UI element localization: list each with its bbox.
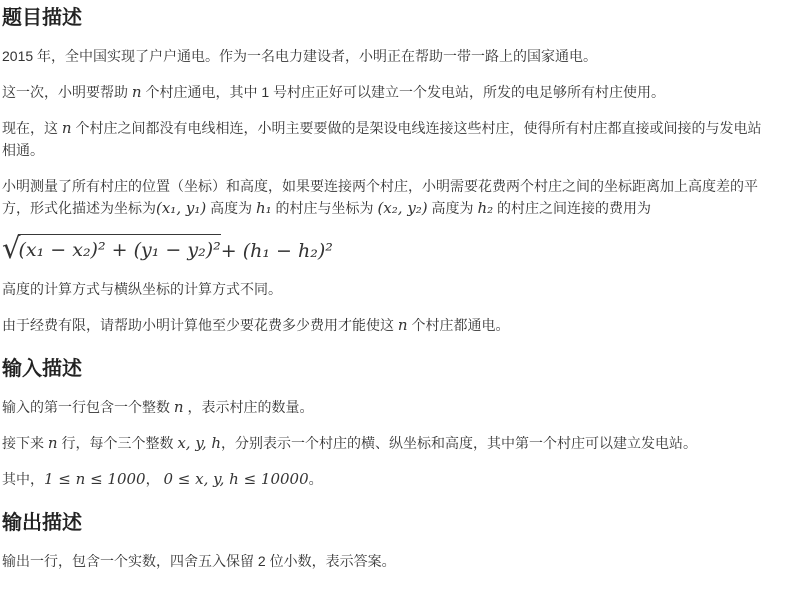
text-run: 输入的第一行包含一个整数 [2,399,174,415]
inline-math: n [48,434,58,452]
text-run: 高度的计算方式与横纵坐标的计算方式不同。 [2,281,282,297]
inline-math: h₁ [256,199,272,217]
input-paragraph-1: 输入的第一行包含一个整数 n ，表示村庄的数量。 [2,396,770,418]
text-run: 由于经费有限，请帮助小明计算他至少要花费多少费用才能使这 [2,317,398,333]
description-paragraph-2: 这一次，小明要帮助 n 个村庄通电，其中 1 号村庄正好可以建立一个发电站，所发… [2,81,770,103]
text-run: 的村庄之间连接的费用为 [493,200,651,216]
section-problem-description: 题目描述 2015 年，全中国实现了户户通电。作为一名电力建设者，小明正在帮助一… [2,7,770,336]
description-paragraph-1: 2015 年，全中国实现了户户通电。作为一名电力建设者，小明正在帮助一带一路上的… [2,45,770,67]
text-run: 这一次，小明要帮助 [2,84,132,100]
text-run: 输出一行，包含一个实数，四舍五入保留 2 位小数，表示答案。 [2,553,396,569]
description-paragraph-3: 现在，这 n 个村庄之间都没有电线相连，小明主要要做的是架设电线连接这些村庄，使… [2,117,770,161]
section-output-description: 输出描述 输出一行，包含一个实数，四舍五入保留 2 位小数，表示答案。 [2,512,770,572]
text-run: 其中， [2,471,44,487]
inline-math: 1 ≤ n ≤ 1000 [44,470,146,488]
text-run: 。 [309,471,323,487]
inline-math: (x₂, y₂) [377,199,427,217]
description-paragraph-4: 小明测量了所有村庄的位置（坐标）和高度，如果要连接两个村庄，小明需要花费两个村庄… [2,175,770,219]
input-paragraph-2: 接下来 n 行，每个三个整数 x, y, h，分别表示一个村庄的横、纵坐标和高度… [2,432,770,454]
text-run: 行，每个三个整数 [58,435,178,451]
input-description-heading: 输入描述 [2,358,770,381]
text-run: 个村庄之间都没有电线相连，小明主要要做的是架设电线连接这些村庄，使得所有村庄都直… [2,120,761,158]
description-paragraph-5: 高度的计算方式与横纵坐标的计算方式不同。 [2,278,770,300]
text-run: ，表示村庄的数量。 [184,399,314,415]
inline-math: (x₁, y₁) [156,199,206,217]
text-run: ，分别表示一个村庄的横、纵坐标和高度，其中第一个村庄可以建立发电站。 [221,435,697,451]
text-run: 个村庄都通电。 [408,317,510,333]
inline-math: n [398,316,408,334]
problem-statement-page: 题目描述 2015 年，全中国实现了户户通电。作为一名电力建设者，小明正在帮助一… [0,0,788,592]
formula-outside-root: + (h₁ − h₂)² [221,234,333,264]
problem-description-heading: 题目描述 [2,7,770,30]
input-constraints: 其中，1 ≤ n ≤ 1000， 0 ≤ x, y, h ≤ 10000。 [2,468,770,490]
output-paragraph-1: 输出一行，包含一个实数，四舍五入保留 2 位小数，表示答案。 [2,550,770,572]
text-run: 高度为 [206,200,256,216]
inline-math: 0 ≤ x, y, h ≤ 10000 [163,470,308,488]
inline-math: h₂ [477,199,493,217]
formula-under-root: (x₁ − x₂)² + (y₁ − y₂)² [18,234,220,263]
inline-math: n [62,119,72,137]
output-description-heading: 输出描述 [2,512,770,535]
text-run: 接下来 [2,435,48,451]
text-run: 现在，这 [2,120,62,136]
text-run: ， [146,471,164,487]
inline-math: x, y, h [177,434,221,452]
section-input-description: 输入描述 输入的第一行包含一个整数 n ，表示村庄的数量。 接下来 n 行，每个… [2,358,770,490]
text-run: 高度为 [428,200,478,216]
inline-math: n [174,398,184,416]
text-run: 个村庄通电，其中 1 号村庄正好可以建立一个发电站，所发的电足够所有村庄使用。 [142,84,665,100]
text-run: 2015 年，全中国实现了户户通电。作为一名电力建设者，小明正在帮助一带一路上的… [2,48,597,64]
text-run: 的村庄与坐标为 [272,200,378,216]
cost-formula: √ (x₁ − x₂)² + (y₁ − y₂)² + (h₁ − h₂)² [2,234,770,264]
inline-math: n [132,83,142,101]
description-paragraph-6: 由于经费有限，请帮助小明计算他至少要花费多少费用才能使这 n 个村庄都通电。 [2,314,770,336]
